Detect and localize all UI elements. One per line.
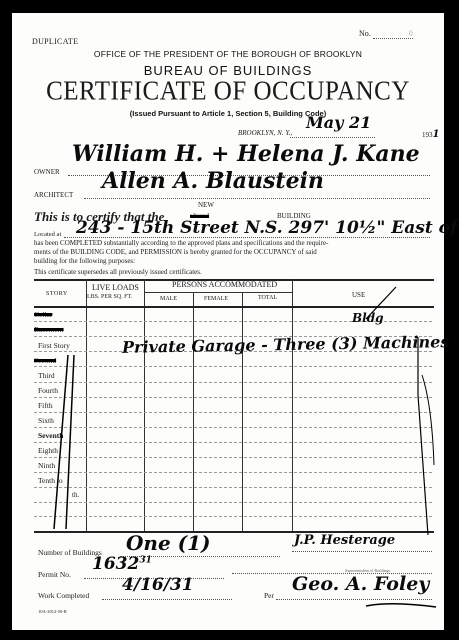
ditto-lines-right [414, 335, 438, 535]
permit-label: Permit No. [38, 570, 71, 579]
completed-value: 4/16/31 [122, 575, 194, 595]
superintendent-signature: J.P. Hesterage [294, 533, 395, 548]
date-value: May 21 [306, 113, 371, 132]
ditto-lines [50, 351, 80, 533]
check-mark [362, 285, 402, 321]
page-title: CERTIFICATE OF OCCUPANCY [12, 77, 444, 108]
per-label: Per [264, 591, 274, 600]
signature-underline [362, 598, 442, 612]
header-live-loads: LIVE LOADS [92, 283, 139, 292]
place-label: BROOKLYN, N. Y., [238, 129, 292, 137]
number-value: 0 [373, 29, 413, 39]
owner-label: OWNER [34, 168, 60, 176]
story-row-basement: Basement [34, 325, 64, 334]
new-label: NEW [198, 201, 214, 209]
story-row-first: First Story [38, 341, 70, 350]
buildings-value: One (1) [126, 531, 211, 555]
certify-body-1: has been COMPLETED substantially accordi… [34, 239, 430, 247]
supersedes-note: This certificate supersedes all previous… [34, 268, 202, 276]
certificate-page: DUPLICATE No. 0 OFFICE OF THE PRESIDENT … [12, 13, 444, 630]
per-signature: Geo. A. Foley [292, 573, 429, 595]
certify-body-2: ments of the BUILDING CODE, and PERMISSI… [34, 248, 430, 256]
certify-body-3: building for the following purposes: [34, 257, 135, 265]
header-story: STORY [46, 291, 68, 297]
header-total: TOTAL [258, 295, 277, 301]
architect-label: ARCHITECT [34, 191, 73, 199]
located-label: Located at [34, 231, 61, 238]
subtitle: (Issued Pursuant to Article 1, Section 5… [12, 109, 444, 118]
header-live-loads-unit: LBS. PER SQ. FT. [87, 294, 132, 300]
completed-label: Work Completed [38, 591, 89, 600]
year-label: 1931 [422, 129, 439, 140]
header-female: FEMALE [204, 296, 228, 302]
architect-value: Allen A. Blaustein [102, 168, 324, 194]
office-heading: OFFICE OF THE PRESIDENT OF THE BOROUGH O… [12, 49, 444, 59]
form-code: 10A-2012-50-B [38, 609, 67, 614]
location-value: 243 - 15th Street N.S. 297' 10½" East of… [76, 218, 459, 238]
header-male: MALE [160, 296, 177, 302]
certificate-number: No. 0 [359, 29, 413, 39]
owner-value: William H. + Helena J. Kane [72, 141, 420, 167]
duplicate-label: DUPLICATE [32, 37, 78, 46]
permit-value: 163231 [92, 554, 152, 574]
story-row-cellar: Cellar [34, 310, 52, 319]
header-persons: PERSONS ACCOMMODATED [172, 280, 277, 289]
number-label: No. [359, 29, 371, 38]
